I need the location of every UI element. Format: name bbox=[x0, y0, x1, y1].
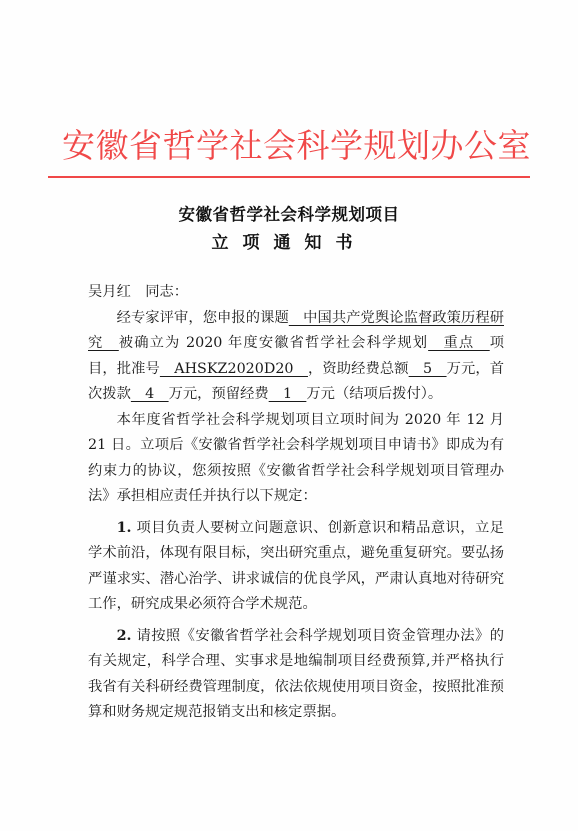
timing-paragraph: 本年度省哲学社会科学规划项目立项时间为 2020 年 12 月 21 日。立项后… bbox=[88, 408, 504, 510]
document-title: 安徽省哲学社会科学规划项目 bbox=[0, 201, 578, 225]
recipient-name: 吴月红 bbox=[88, 284, 131, 300]
rule-number: 2. bbox=[117, 628, 132, 644]
text-segment: 万元（结项后拨付）。 bbox=[306, 386, 442, 402]
first-payment: 4 bbox=[131, 386, 169, 402]
text-segment: 被确立为 2020 年度安徽省哲学社会科学规划 bbox=[119, 335, 428, 351]
document-page: 安徽省哲学社会科学规划办公室 安徽省哲学社会科学规划项目 立项通知书 吴月红 同… bbox=[0, 0, 578, 831]
rule-text: 请按照《安徽省哲学社会科学规划项目资金管理办法》的有关规定，科学合理、实事求是地… bbox=[88, 628, 504, 721]
text-segment: ，资助经费总额 bbox=[308, 361, 409, 377]
approval-number: AHSKZ2020D20 bbox=[160, 361, 308, 377]
rule-number: 1. bbox=[117, 520, 132, 536]
salutation-suffix: 同志： bbox=[145, 284, 188, 300]
organization-letterhead: 安徽省哲学社会科学规划办公室 bbox=[62, 124, 518, 168]
reserved-funding: 1 bbox=[269, 386, 307, 402]
rule-item-1: 1. 项目负责人要树立问题意识、创新意识和精品意识，立足学术前沿，体现有限目标，… bbox=[88, 516, 504, 618]
document-subtitle: 立项通知书 bbox=[0, 228, 578, 253]
rule-text: 项目负责人要树立问题意识、创新意识和精品意识，立足学术前沿，体现有限目标，突出研… bbox=[88, 520, 504, 613]
letterhead-divider bbox=[48, 176, 530, 178]
salutation: 吴月红 同志： bbox=[88, 280, 504, 306]
document-body: 吴月红 同志： 经专家评审，您申报的课题 中国共产党舆论监督政策历程研究 被确立… bbox=[88, 280, 504, 726]
rule-item-2: 2. 请按照《安徽省哲学社会科学规划项目资金管理办法》的有关规定，科学合理、实事… bbox=[88, 624, 504, 726]
project-level: 重点 bbox=[428, 335, 490, 351]
text-segment: 经专家评审，您申报的课题 bbox=[117, 310, 289, 326]
text-segment: 万元，预留经费 bbox=[169, 386, 269, 402]
total-funding: 5 bbox=[409, 361, 447, 377]
approval-paragraph: 经专家评审，您申报的课题 中国共产党舆论监督政策历程研究 被确立为 2020 年… bbox=[88, 306, 504, 408]
